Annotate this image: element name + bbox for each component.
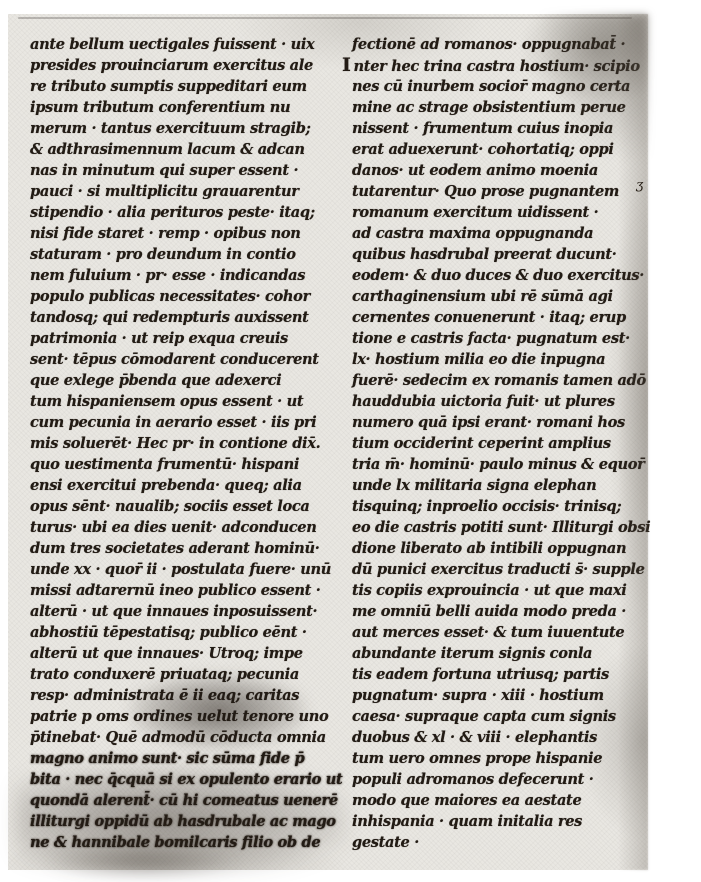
text-line: erat aduexerunt· cohortatiq; oppi — [352, 139, 650, 160]
text-line: stipendio · alia perituros peste· itaq; — [30, 202, 340, 223]
text-line: quibus hasdrubal preerat ducunt· — [352, 244, 650, 265]
text-line: hauddubia uictoria fuit· ut plures — [352, 391, 650, 412]
text-line: danos· ut eodem animo moenia — [352, 160, 650, 181]
text-line: tum uero omnes prope hispanie — [352, 748, 650, 769]
text-line: alterū ut que innaues· Utroq; impe — [30, 643, 340, 664]
text-line: & adthrasimennum lacum & adcan — [30, 139, 340, 160]
text-line: caesa· supraque capta cum signis — [352, 706, 650, 727]
text-line: sent· tēpus cōmodarent conducerent — [30, 349, 340, 370]
text-line: eo die castris potiti sunt· Illiturgi ob… — [352, 517, 650, 538]
text-line: nisi fide staret · remp · opibus non — [30, 223, 340, 244]
text-line: unde lx militaria signa elephan — [352, 475, 650, 496]
text-line: nissent · frumentum cuius inopia — [352, 118, 650, 139]
text-line: tis copiis exprouincia · ut que maxi — [352, 580, 650, 601]
text-line: re tributo sumptis suppeditari eum — [30, 76, 340, 97]
text-line: carthaginensium ubi rē sūmā agi — [352, 286, 650, 307]
text-line: abhostiū tēpestatisq; publico eēnt · — [30, 622, 340, 643]
right-text-column: fectionē ad romanos· oppugnabat̄ ·Inter … — [352, 34, 650, 853]
page-top-edge — [18, 17, 632, 19]
text-line: inhispania · quam initalia res — [352, 811, 650, 832]
text-line: tisquinq; inproelio occisis· trinisq; — [352, 496, 650, 517]
text-line: pauci · si multiplicitu grauarentur — [30, 181, 340, 202]
text-line: tis eadem fortuna utriusq; partis — [352, 664, 650, 685]
text-line: nem fuluium · pr· esse · indicandas — [30, 265, 340, 286]
text-line: gestate · — [352, 832, 650, 853]
text-line: p̄tinebat· Quē admodū cōducta omnia — [30, 727, 340, 748]
text-line: fuerē· sedecim ex romanis tamen adō — [352, 370, 650, 391]
text-line: unde xx · quor̄ ii · postulata fuere· un… — [30, 559, 340, 580]
text-line: merum · tantus exercituum stragib; — [30, 118, 340, 139]
text-line: pugnatum· supra · xiii · hostium — [352, 685, 650, 706]
text-line: patrimonia · ut reip exqua creuis — [30, 328, 340, 349]
text-line: alterū · ut que innaues inposuissent· — [30, 601, 340, 622]
text-line: ensi exercitui prebenda· queq; alia — [30, 475, 340, 496]
text-line: ipsum tributum conferentium nu — [30, 97, 340, 118]
text-line: magno animo sunt· sic sūma fide p̄ — [30, 748, 340, 769]
text-line: tutarentur· Quo prose pugnantem — [352, 181, 650, 202]
versal-initial: I — [342, 54, 354, 76]
text-line: duobus & xl · & viii · elephantis — [352, 727, 650, 748]
text-line: populo publicas necessitates· cohor — [30, 286, 340, 307]
text-line: mine ac strage obsistentium perue — [352, 97, 650, 118]
text-line: tione e castris facta· pugnatum est· — [352, 328, 650, 349]
text-line: romanum exercitum uidissent · — [352, 202, 650, 223]
text-line: tria m̄· hominū· paulo minus & equor̄ — [352, 454, 650, 475]
text-line: quondā alerent̄· cū hi comeatus uenerē — [30, 790, 340, 811]
text-line: aut merces esset· & tum iuuentute — [352, 622, 650, 643]
text-line: nes cū inurbem socior̄ magno certa — [352, 76, 650, 97]
text-line: numero quā ipsi erant· romani hos — [352, 412, 650, 433]
text-line: quo uestimenta frumentū· hispani — [30, 454, 340, 475]
text-line: me omniū belli auida modo preda · — [352, 601, 650, 622]
text-line: ne & hannibale bomilcaris filio ob de — [30, 832, 340, 853]
text-line: mis soluerēt· Hec pr· in contione dix̄. — [30, 433, 340, 454]
text-line: que exlege p̄benda que adexerci — [30, 370, 340, 391]
text-line: eodem· & duo duces & duo exercitus· — [352, 265, 650, 286]
text-line: illiturgi oppidū ab hasdrubale ac mago — [30, 811, 340, 832]
text-line: missi adtarernū ineo publico essent · — [30, 580, 340, 601]
margin-mark: ʒ — [636, 178, 643, 193]
text-line: tandosq; qui redempturis auxissent — [30, 307, 340, 328]
left-text-column: ante bellum uectigales fuissent · uixpre… — [30, 34, 340, 853]
text-line: cum pecunia in aerario esset · iis pri — [30, 412, 340, 433]
parchment: ante bellum uectigales fuissent · uixpre… — [8, 14, 648, 870]
text-line: ad castra maxima oppugnanda — [352, 223, 650, 244]
text-line: tum hispaniensem opus essent · ut — [30, 391, 340, 412]
scanned-page: ante bellum uectigales fuissent · uixpre… — [0, 0, 701, 882]
text-line: turus· ubi ea dies uenit· adconducen — [30, 517, 340, 538]
text-line: fectionē ad romanos· oppugnabat̄ · — [352, 34, 650, 55]
text-line: patrie p oms ordines uelut tenore uno — [30, 706, 340, 727]
text-line: dū punici exercitus traducti s̄· supple — [352, 559, 650, 580]
text-line: tium occiderint ceperint amplius — [352, 433, 650, 454]
text-line: ante bellum uectigales fuissent · uix — [30, 34, 340, 55]
text-line: nas in minutum qui super essent · — [30, 160, 340, 181]
text-line: trato conduxerē priuataq; pecunia — [30, 664, 340, 685]
text-line: abundante iterum signis conla — [352, 643, 650, 664]
text-line: modo que maiores ea aestate — [352, 790, 650, 811]
text-line: opus sēnt· naualib; sociis esset loca — [30, 496, 340, 517]
text-line: Inter hec trina castra hostium· scipio — [352, 55, 650, 76]
text-line: presides prouinciarum exercitus ale — [30, 55, 340, 76]
text-line: bita · nec q̄cquā si ex opulento erario … — [30, 769, 340, 790]
text-line: dum tres societates aderant hominū· — [30, 538, 340, 559]
text-line: staturam · pro deundum in contio — [30, 244, 340, 265]
text-line: resp· administrata ē ii eaq; caritas — [30, 685, 340, 706]
text-line: populi adromanos defecerunt · — [352, 769, 650, 790]
text-line: cernentes conuenerunt · itaq; erup — [352, 307, 650, 328]
text-line: lx· hostium milia eo die inpugna — [352, 349, 650, 370]
text-line: dione liberato ab intibili oppugnan — [352, 538, 650, 559]
